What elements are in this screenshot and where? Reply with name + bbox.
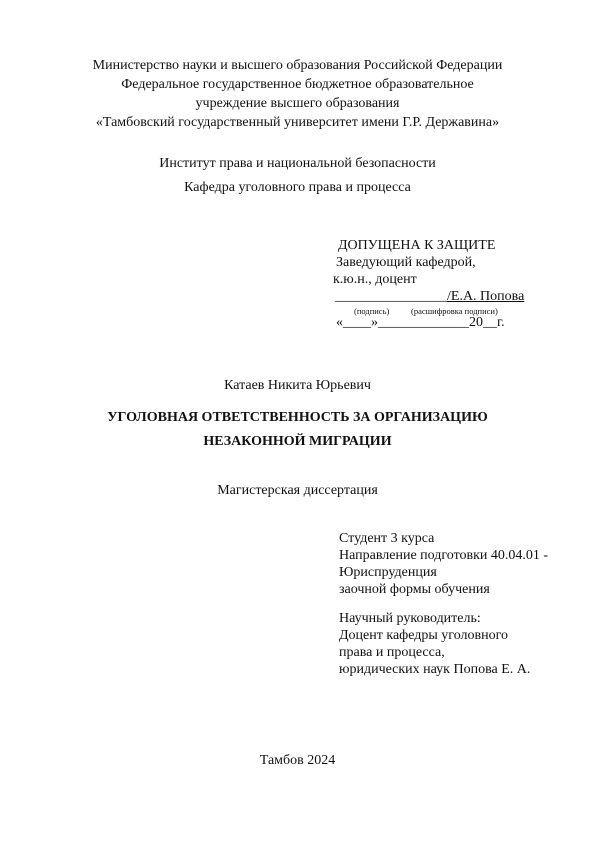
supervisor-line-1: Доцент кафедры уголовного: [339, 627, 508, 644]
student-course: Студент 3 курса: [339, 530, 434, 547]
thesis-title-line-1: УГОЛОВНАЯ ОТВЕТСТВЕННОСТЬ ЗА ОРГАНИЗАЦИЮ: [0, 409, 595, 426]
supervisor-line-2: права и процесса,: [339, 644, 445, 661]
signature-blank: ________________: [335, 289, 447, 304]
signature-name: /Е.А. Попова: [447, 289, 524, 304]
city-year: Тамбов 2024: [0, 752, 595, 769]
department-line: Кафедра уголовного права и процесса: [0, 179, 595, 196]
approval-title: ДОПУЩЕНА К ЗАЩИТЕ: [338, 237, 495, 254]
approval-date-line: «____»_____________20__г.: [336, 314, 505, 331]
institution-line-1: Федеральное государственное бюджетное об…: [0, 76, 595, 93]
student-specialty: Юриспруденция: [339, 564, 437, 581]
approval-position: Заведующий кафедрой,: [336, 254, 476, 271]
institution-line-2: учреждение высшего образования: [0, 95, 595, 112]
thesis-title-line-2: НЕЗАКОННОЙ МИГРАЦИИ: [0, 433, 595, 450]
student-form: заочной формы обучения: [339, 581, 490, 598]
supervisor-label: Научный руководитель:: [339, 610, 481, 627]
institute-line: Институт права и национальной безопаснос…: [0, 155, 595, 172]
approval-degree: к.ю.н., доцент: [333, 271, 417, 288]
supervisor-line-3: юридических наук Попова Е. А.: [339, 661, 530, 678]
work-type: Магистерская диссертация: [0, 482, 595, 499]
university-line: «Тамбовский государственный университет …: [0, 114, 595, 131]
author-name: Катаев Никита Юрьевич: [0, 377, 595, 394]
student-direction: Направление подготовки 40.04.01 -: [339, 547, 548, 564]
ministry-line: Министерство науки и высшего образования…: [0, 57, 595, 74]
